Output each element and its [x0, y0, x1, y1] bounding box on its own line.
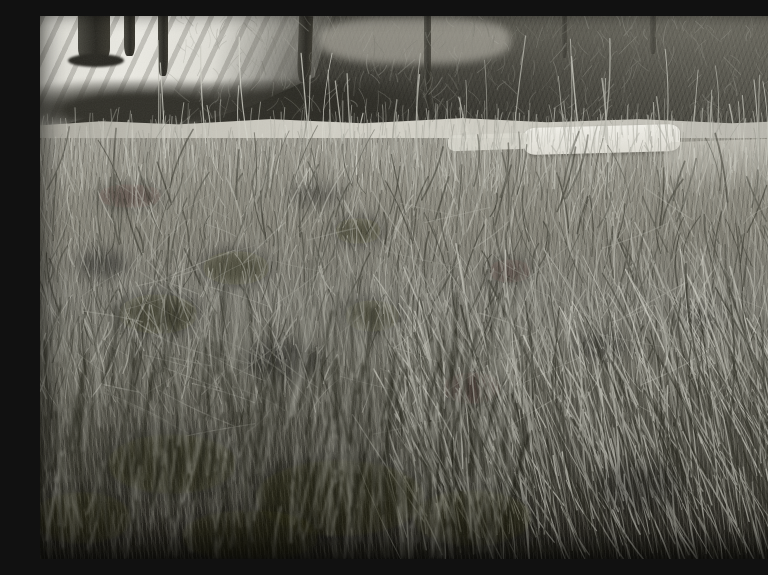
vignette-overlay	[40, 16, 768, 559]
photograph: Black-and-white photograph of a meadow o…	[40, 16, 768, 559]
